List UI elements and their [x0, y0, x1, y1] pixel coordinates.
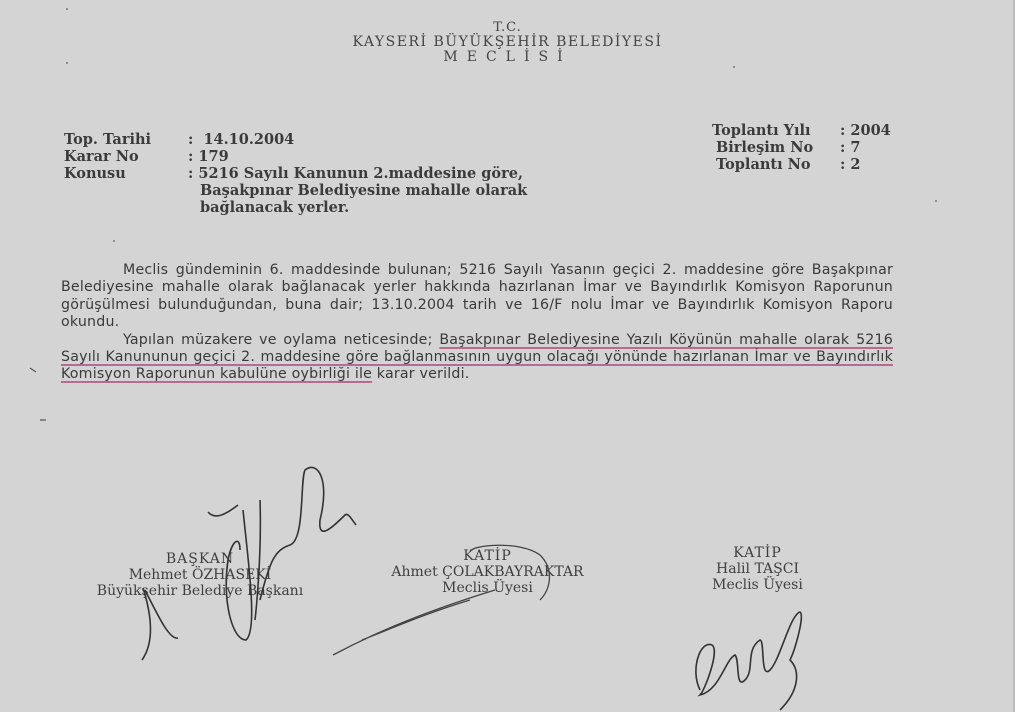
meta-label: Konusu	[64, 165, 188, 182]
meta-meeting-year: Toplantı Yılı : 2004	[712, 122, 891, 139]
meta-value: : 5216 Sayılı Kanunun 2.maddesine göre,	[188, 165, 523, 182]
meta-value: : 179	[188, 148, 229, 165]
meta-value: : 7	[840, 139, 861, 156]
scanned-document-page: T.C. KAYSERİ BÜYÜKŞEHİR BELEDİYESİ MECLİ…	[0, 0, 1015, 712]
signatory-role: KATİP	[680, 545, 835, 561]
header-council: MECLİSİ	[0, 50, 1015, 65]
paragraph-decision: Yapılan müzakere ve oylama neticesinde; …	[61, 332, 893, 384]
document-header: T.C. KAYSERİ BÜYÜKŞEHİR BELEDİYESİ MECLİ…	[0, 20, 1015, 65]
meta-label: Toplantı Yılı	[712, 122, 840, 139]
meta-label: Toplantı No	[712, 156, 840, 173]
signatory-chairman: BAŞKAN Mehmet ÖZHASEKİ Büyükşehir Beledi…	[60, 551, 340, 599]
decision-body: Meclis gündeminin 6. maddesinde bulunan;…	[61, 262, 893, 384]
meta-subject-continuation: Başakpınar Belediyesine mahalle olarak	[64, 182, 527, 199]
meta-meeting-date: Top. Tarihi : 14.10.2004	[64, 131, 527, 148]
signatory-title: Meclis Üyesi	[680, 577, 835, 593]
signatory-role: KATİP	[355, 548, 620, 564]
signatory-clerk-1: KATİP Ahmet ÇOLAKBAYRAKTAR Meclis Üyesi	[355, 548, 620, 596]
signatory-name: Ahmet ÇOLAKBAYRAKTAR	[355, 564, 620, 580]
meta-session-no: Birleşim No : 7	[712, 139, 891, 156]
session-meta: Toplantı Yılı : 2004 Birleşim No : 7 Top…	[712, 122, 891, 173]
meta-decision-no: Karar No : 179	[64, 148, 527, 165]
meta-label: Birleşim No	[712, 139, 840, 156]
meta-value: : 2	[840, 156, 861, 173]
meta-meeting-no: Toplantı No : 2	[712, 156, 891, 173]
meta-value: : 14.10.2004	[188, 131, 294, 148]
decision-end: karar verildi.	[372, 366, 469, 382]
header-institution: KAYSERİ BÜYÜKŞEHİR BELEDİYESİ	[0, 35, 1015, 50]
meta-label: Karar No	[64, 148, 188, 165]
meta-subject: Konusu : 5216 Sayılı Kanunun 2.maddesine…	[64, 165, 527, 182]
signatory-name: Halil TAŞCI	[680, 561, 835, 577]
signatory-role: BAŞKAN	[60, 551, 340, 567]
clerk2-signature-icon	[696, 612, 801, 710]
decision-meta: Top. Tarihi : 14.10.2004 Karar No : 179 …	[64, 131, 527, 216]
decision-intro: Yapılan müzakere ve oylama neticesinde;	[123, 332, 439, 348]
header-country: T.C.	[0, 20, 1015, 35]
meta-subject-continuation: bağlanacak yerler.	[64, 199, 527, 216]
signatory-title: Meclis Üyesi	[355, 580, 620, 596]
signatory-name: Mehmet ÖZHASEKİ	[60, 567, 340, 583]
signatory-title: Büyükşehir Belediye Başkanı	[60, 583, 340, 599]
paragraph-agenda: Meclis gündeminin 6. maddesinde bulunan;…	[61, 262, 893, 332]
signatory-clerk-2: KATİP Halil TAŞCI Meclis Üyesi	[680, 545, 835, 593]
meta-value: : 2004	[840, 122, 891, 139]
meta-label: Top. Tarihi	[64, 131, 188, 148]
subject-line: Başakpınar Belediyesine mahalle olarak	[188, 182, 527, 199]
subject-line: bağlanacak yerler.	[188, 199, 349, 216]
